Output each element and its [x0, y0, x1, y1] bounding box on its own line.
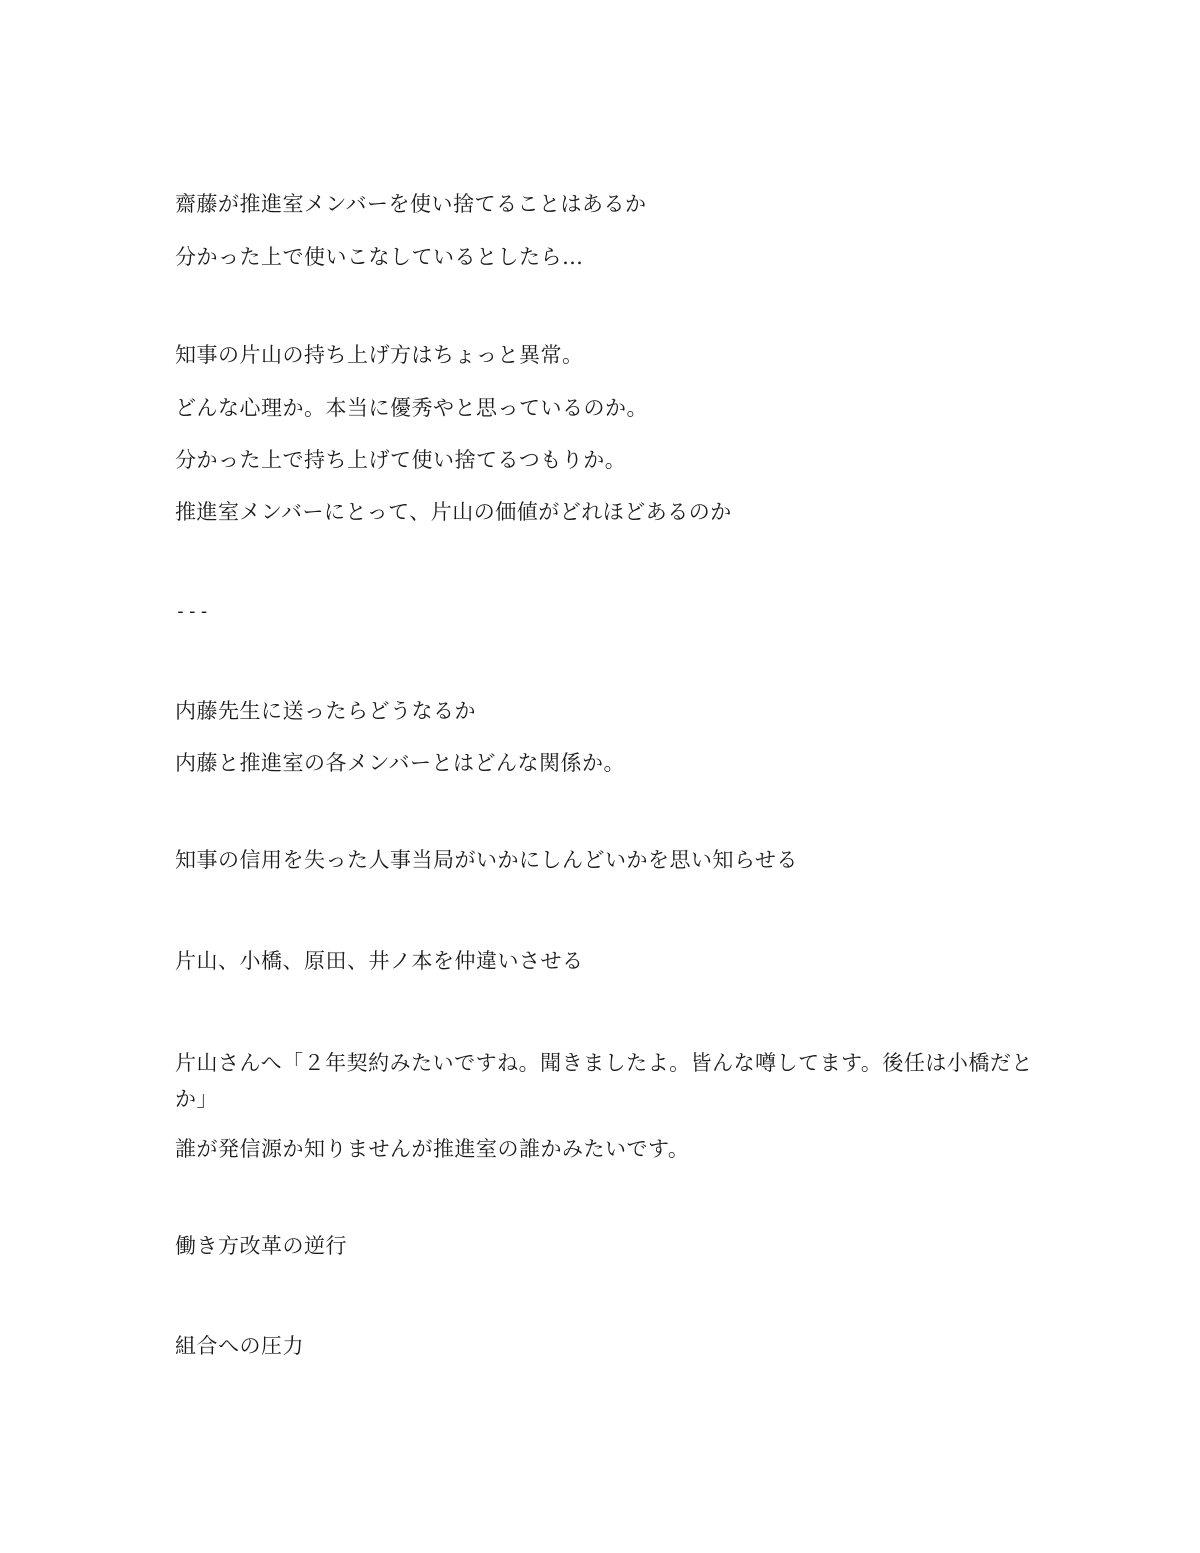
text-line: 誰が発信源か知りませんが推進室の誰かみたいです。 [175, 1135, 689, 1163]
text-line: 組合への圧力 [175, 1332, 304, 1360]
text-line: どんな心理か。本当に優秀やと思っているのか。 [175, 394, 648, 422]
text-line: 齋藤が推進室メンバーを使い捨てることはあるか [175, 190, 647, 218]
document-page: 齋藤が推進室メンバーを使い捨てることはあるか 分かった上で使いこなしているとした… [0, 0, 1200, 1553]
text-line: 片山、小橋、原田、井ノ本を仲違いさせる [175, 947, 584, 975]
separator: --- [175, 598, 211, 626]
text-line: 内藤先生に送ったらどうなるか [175, 697, 476, 725]
text-line: 働き方改革の逆行 [175, 1232, 347, 1260]
text-line: 片山さんへ「２年契約みたいですね。聞きましたよ。皆んな噂してます。後任は小橋だと… [175, 1045, 1035, 1117]
text-line: 分かった上で持ち上げて使い捨てるつもりか。 [175, 446, 626, 474]
text-line: 内藤と推進室の各メンバーとはどんな関係か。 [175, 749, 625, 777]
text-line: 知事の信用を失った人事当局がいかにしんどいかを思い知らせる [175, 846, 798, 874]
text-line: 分かった上で使いこなしているとしたら… [175, 243, 584, 271]
text-line: 知事の片山の持ち上げ方はちょっと異常。 [175, 341, 584, 369]
text-line: 推進室メンバーにとって、片山の価値がどれほどあるのか [175, 498, 732, 526]
